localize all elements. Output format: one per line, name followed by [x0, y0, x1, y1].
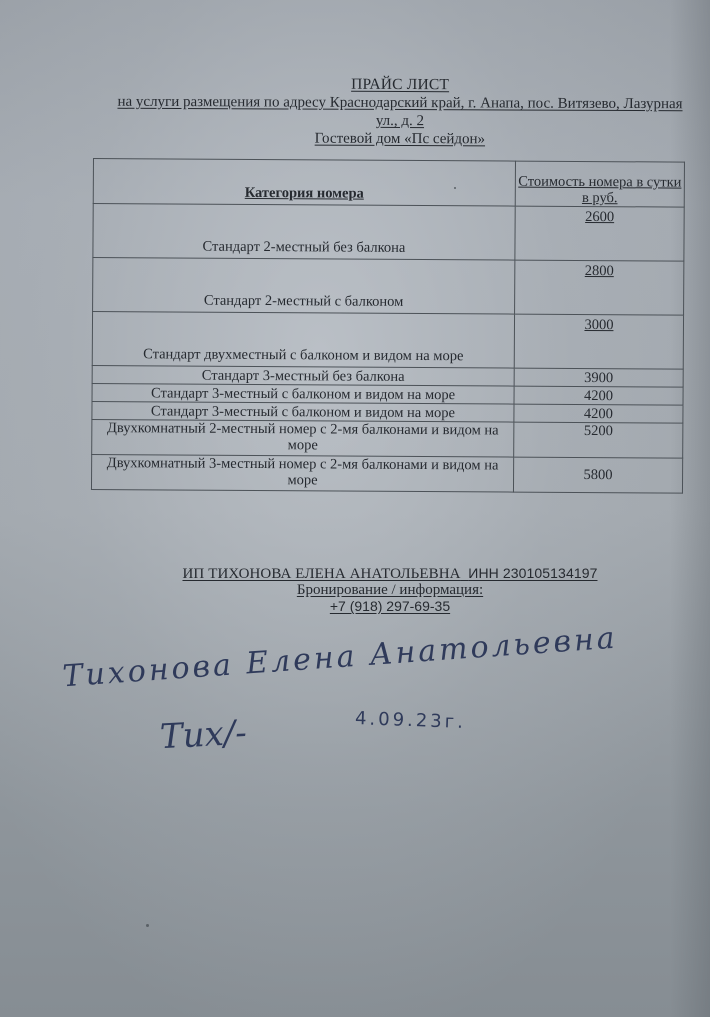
room-category: Стандарт 2-местный без балкона: [93, 204, 515, 261]
paper-speck: [454, 187, 456, 189]
room-price: 5800: [513, 457, 682, 493]
room-price: 4200: [514, 386, 683, 405]
room-category: Стандарт двухместный с балконом и видом …: [92, 312, 514, 369]
table-row: Стандарт 2-местный с балконом 2800: [93, 258, 684, 316]
room-price: 2600: [515, 206, 684, 261]
table-row: Стандарт 2-местный без балкона 2600: [93, 204, 684, 262]
price-table: Категория номера Стоимость номера в сутк…: [91, 158, 685, 494]
table-row: Стандарт двухместный с балконом и видом …: [92, 312, 683, 370]
paper-sheet: [0, 0, 710, 1017]
room-price: 4200: [514, 404, 683, 423]
handwritten-date: 4.09.23г.: [355, 708, 467, 733]
table-header-row: Категория номера Стоимость номера в сутк…: [93, 159, 684, 208]
room-price: 3900: [514, 368, 683, 387]
table-row: Двухкомнатный 3-местный номер с 2-мя бал…: [91, 454, 682, 493]
room-category: Двухкомнатный 2-местный номер с 2-мя бал…: [92, 419, 514, 457]
room-category: Двухкомнатный 3-местный номер с 2-мя бал…: [91, 454, 513, 492]
address-line-1: на услуги размещения по адресу Краснодар…: [100, 93, 700, 114]
booking-label: Бронирование / информация:: [170, 582, 610, 598]
photo-shadow: [670, 0, 710, 1017]
room-price: 5200: [514, 422, 683, 458]
paper-speck: [146, 924, 149, 927]
owner-inn: ИНН 230105134197: [468, 565, 597, 581]
table-row: Двухкомнатный 2-местный номер с 2-мя бал…: [92, 419, 683, 458]
guest-house-name: Гостевой дом «Пс сейдон»: [100, 129, 700, 150]
room-price: 3000: [514, 314, 683, 369]
column-header-price: Стоимость номера в сутки в руб.: [515, 161, 684, 207]
phone-number: +7 (918) 297-69-35: [170, 598, 610, 614]
signature: Тих/-: [159, 713, 248, 757]
room-category: Стандарт 2-местный с балконом: [93, 258, 515, 315]
room-price: 2800: [515, 260, 684, 315]
contact-block: ИП ТИХОНОВА ЕЛЕНА АНАТОЛЬЕВНА ИНН 230105…: [170, 565, 610, 614]
owner-line: ИП ТИХОНОВА ЕЛЕНА АНАТОЛЬЕВНА ИНН 230105…: [170, 565, 610, 582]
owner-name: ИП ТИХОНОВА ЕЛЕНА АНАТОЛЬЕВНА: [182, 566, 460, 582]
column-header-category: Категория номера: [93, 159, 515, 207]
document-header: ПРАЙС ЛИСТ на услуги размещения по адрес…: [100, 75, 700, 150]
